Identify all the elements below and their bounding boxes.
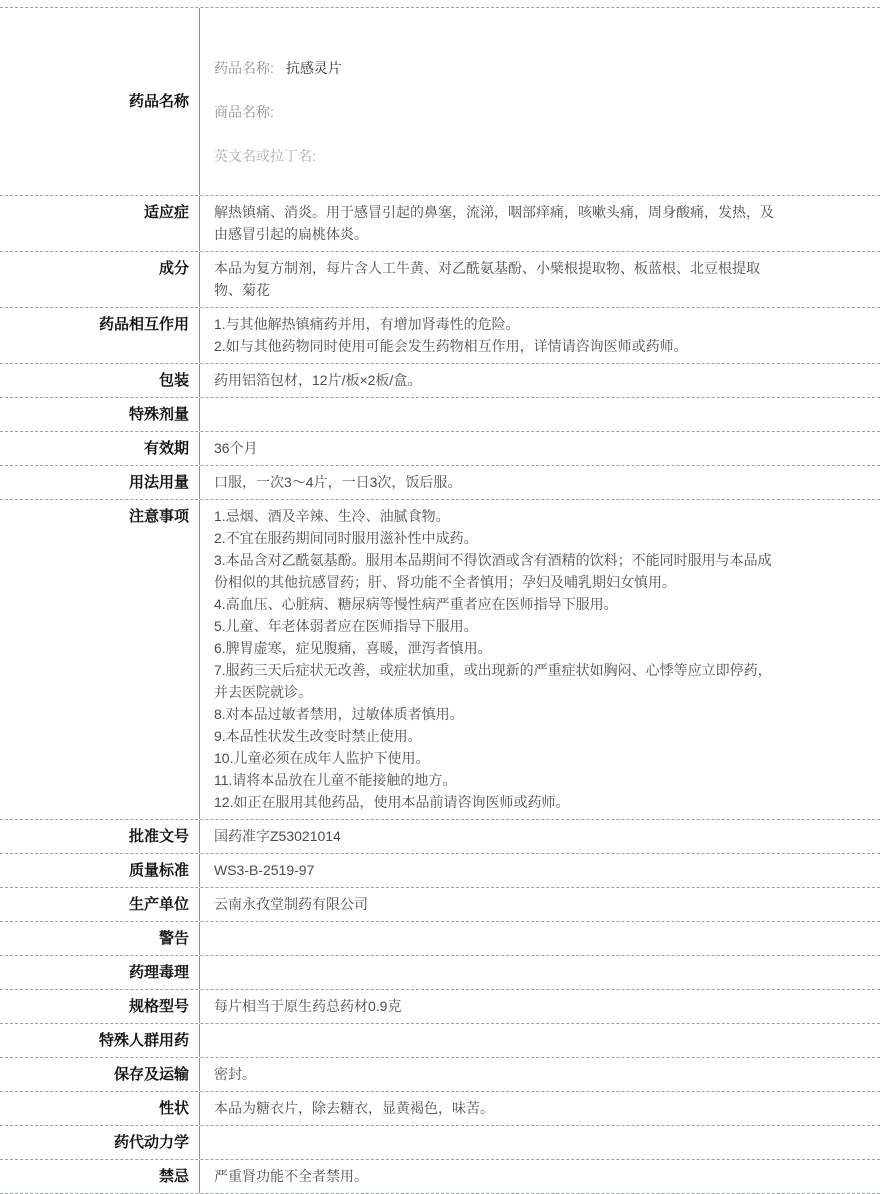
drug-info-page: 药品名称 药品名称:抗感灵片 商品名称: 英文名或拉丁名: 适应症 解热镇痛、消…	[0, 0, 880, 1140]
row-label-9: 质量标准	[0, 854, 200, 887]
table-row: 保存及运输 密封。	[0, 1058, 880, 1092]
row-label-drug-name: 药品名称	[0, 8, 200, 195]
row-content-17	[200, 1126, 880, 1159]
row-label-12: 药理毒理	[0, 956, 200, 989]
row-content-5: 36个月	[200, 432, 880, 465]
row-label-17: 药代动力学	[0, 1126, 200, 1159]
row-label-text: 药品名称	[129, 91, 189, 112]
row-content-6: 口服，一次3～4片，一日3次，饭后服。	[200, 466, 880, 499]
row-content-18: 严重肾功能不全者禁用。	[200, 1160, 880, 1193]
row-label-15: 保存及运输	[0, 1058, 200, 1091]
table-row: 注意事项 1.忌烟、酒及辛辣、生冷、油腻食物。 2.不宜在服药期间同时服用滋补性…	[0, 500, 880, 820]
row-content-15: 密封。	[200, 1058, 880, 1091]
table-row: 有效期 36个月	[0, 432, 880, 466]
drug-info-table: 药品名称 药品名称:抗感灵片 商品名称: 英文名或拉丁名: 适应症 解热镇痛、消…	[0, 7, 880, 1194]
table-row: 禁忌 严重肾功能不全者禁用。	[0, 1160, 880, 1194]
row-content-9: WS3-B-2519-97	[200, 854, 880, 887]
row-label-10: 生产单位	[0, 888, 200, 921]
row-label-3: 包装	[0, 364, 200, 397]
drug-name-content: 药品名称:抗感灵片 商品名称: 英文名或拉丁名:	[200, 8, 880, 195]
row-content-4	[200, 398, 880, 431]
table-row: 药理毒理	[0, 956, 880, 990]
table-row: 成分 本品为复方制剂，每片含人工牛黄、对乙酰氨基酚、小檗根提取物、板蓝根、北豆根…	[0, 252, 880, 308]
row-content-16: 本品为糖衣片，除去糖衣，显黄褐色，味苦。	[200, 1092, 880, 1125]
row-label-4: 特殊剂量	[0, 398, 200, 431]
table-row: 警告	[0, 922, 880, 956]
table-row: 生产单位 云南永孜堂制药有限公司	[0, 888, 880, 922]
row-label-2: 药品相互作用	[0, 308, 200, 363]
latin-name-label: 英文名或拉丁名:	[214, 145, 785, 167]
table-row: 性状 本品为糖衣片，除去糖衣，显黄褐色，味苦。	[0, 1092, 880, 1126]
row-label-8: 批准文号	[0, 820, 200, 853]
row-content-2: 1.与其他解热镇痛药并用，有增加肾毒性的危险。 2.如与其他药物同时使用可能会发…	[200, 308, 880, 363]
drug-name-value: 抗感灵片	[286, 60, 342, 76]
generic-name-label: 药品名称:	[214, 60, 274, 76]
row-label-7: 注意事项	[0, 500, 200, 819]
row-label-11: 警告	[0, 922, 200, 955]
row-content-1: 本品为复方制剂，每片含人工牛黄、对乙酰氨基酚、小檗根提取物、板蓝根、北豆根提取物…	[200, 252, 880, 307]
row-label-18: 禁忌	[0, 1160, 200, 1193]
row-label-14: 特殊人群用药	[0, 1024, 200, 1057]
row-label-6: 用法用量	[0, 466, 200, 499]
trade-name-label: 商品名称:	[214, 101, 785, 123]
table-row: 批准文号 国药准字Z53021014	[0, 820, 880, 854]
drug-name-row: 药品名称 药品名称:抗感灵片 商品名称: 英文名或拉丁名:	[0, 8, 880, 196]
row-label-5: 有效期	[0, 432, 200, 465]
row-content-0: 解热镇痛、消炎。用于感冒引起的鼻塞，流涕，咽部痒痛，咳嗽头痛，周身酸痛，发热，及…	[200, 196, 880, 251]
table-row: 用法用量 口服，一次3～4片，一日3次，饭后服。	[0, 466, 880, 500]
row-content-14	[200, 1024, 880, 1057]
row-content-7: 1.忌烟、酒及辛辣、生冷、油腻食物。 2.不宜在服药期间同时服用滋补性中成药。 …	[200, 500, 880, 819]
row-content-11	[200, 922, 880, 955]
row-label-16: 性状	[0, 1092, 200, 1125]
row-label-13: 规格型号	[0, 990, 200, 1023]
table-row: 特殊人群用药	[0, 1024, 880, 1058]
table-row: 药品相互作用 1.与其他解热镇痛药并用，有增加肾毒性的危险。 2.如与其他药物同…	[0, 308, 880, 364]
table-row: 药代动力学	[0, 1126, 880, 1160]
row-label-1: 成分	[0, 252, 200, 307]
row-content-8: 国药准字Z53021014	[200, 820, 880, 853]
row-content-3: 药用铝箔包材，12片/板×2板/盒。	[200, 364, 880, 397]
generic-name-line: 药品名称:抗感灵片	[214, 35, 785, 79]
row-content-12	[200, 956, 880, 989]
table-row: 特殊剂量	[0, 398, 880, 432]
row-content-10: 云南永孜堂制药有限公司	[200, 888, 880, 921]
table-row: 适应症 解热镇痛、消炎。用于感冒引起的鼻塞，流涕，咽部痒痛，咳嗽头痛，周身酸痛，…	[0, 196, 880, 252]
table-row: 规格型号 每片相当于原生药总药材0.9克	[0, 990, 880, 1024]
table-row: 质量标准 WS3-B-2519-97	[0, 854, 880, 888]
table-row: 包装 药用铝箔包材，12片/板×2板/盒。	[0, 364, 880, 398]
row-content-13: 每片相当于原生药总药材0.9克	[200, 990, 880, 1023]
row-label-0: 适应症	[0, 196, 200, 251]
